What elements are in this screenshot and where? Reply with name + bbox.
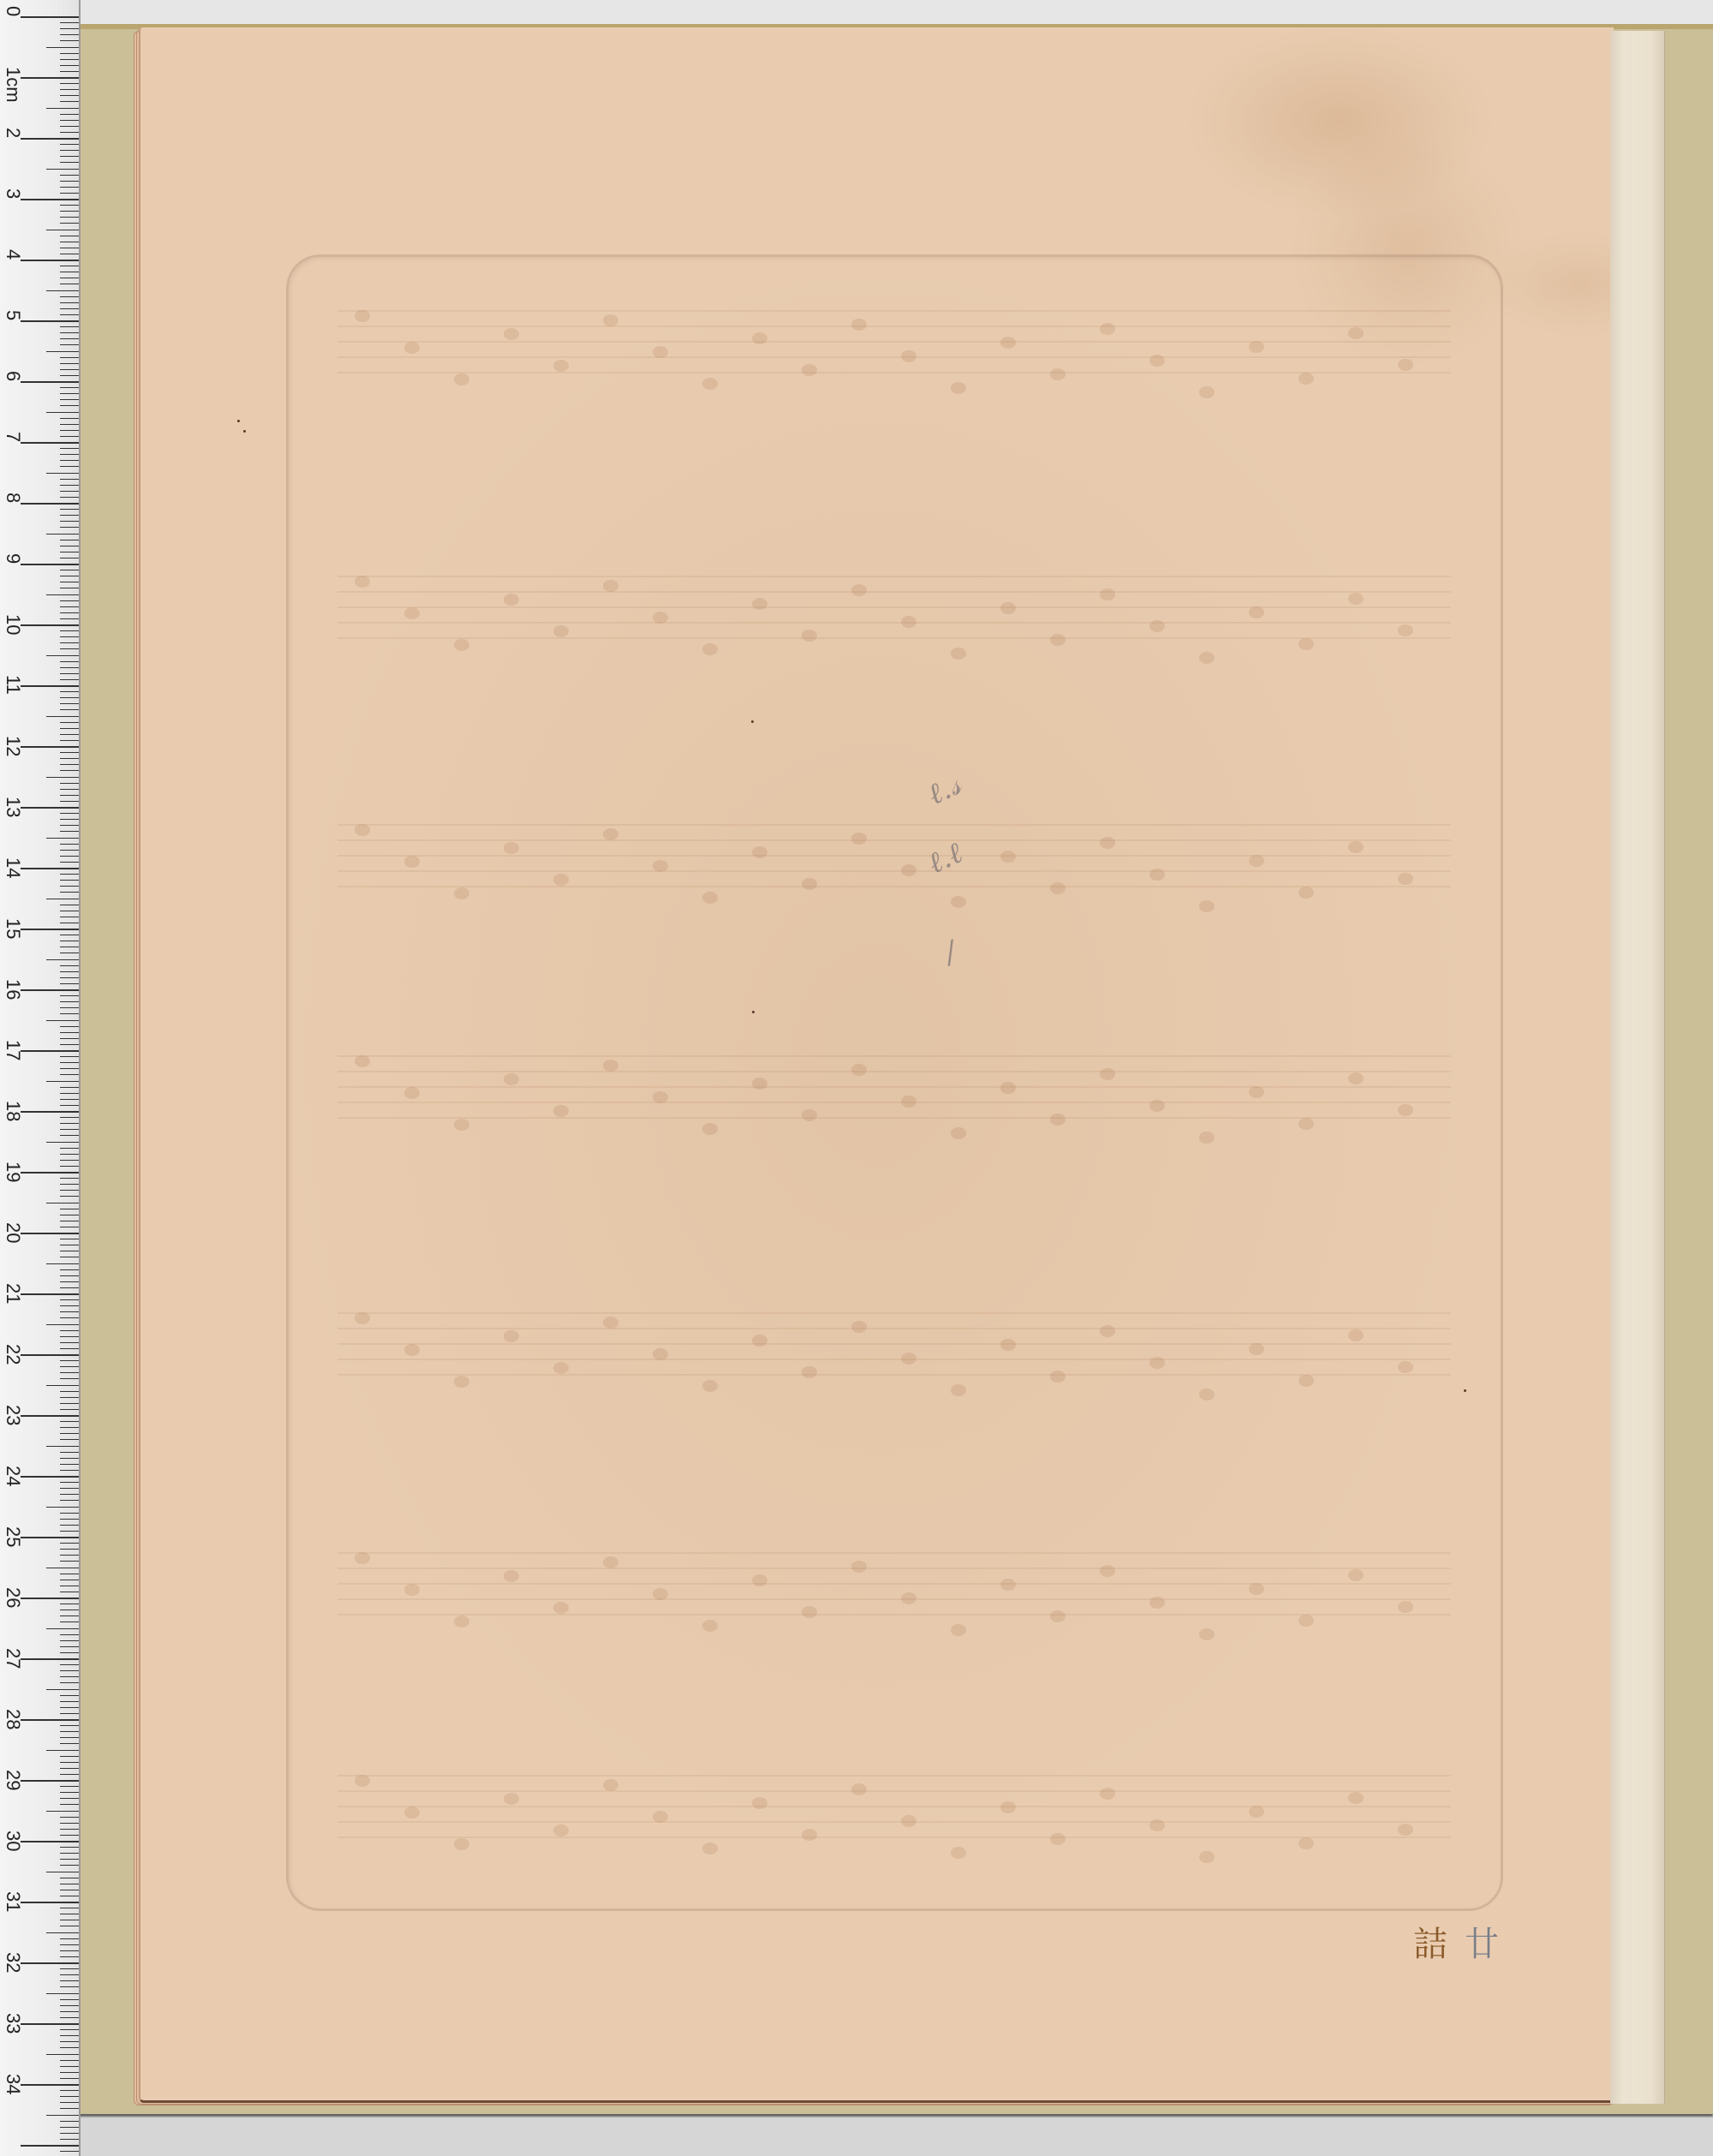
ruler-tick xyxy=(60,205,79,206)
ruler-tick xyxy=(60,971,79,972)
ruler-label: 20 xyxy=(2,1222,24,1245)
ruler-tick xyxy=(60,1853,79,1854)
ruler-tick xyxy=(60,1884,79,1884)
ruler-tick xyxy=(21,1293,79,1295)
ruler-tick xyxy=(60,1713,79,1714)
ruler-tick xyxy=(60,89,79,90)
ruler-tick xyxy=(60,1762,79,1763)
ruler-tick xyxy=(60,703,79,704)
ruler-tick xyxy=(60,418,79,419)
ruler-tick xyxy=(60,1135,79,1136)
ruler-tick xyxy=(60,850,79,851)
ruler-tick xyxy=(46,899,79,899)
ruler-tick xyxy=(60,825,79,826)
ruler-tick xyxy=(60,886,79,887)
ruler-tick xyxy=(60,1305,79,1306)
ruler-tick xyxy=(21,1962,79,1964)
ruler-tick xyxy=(60,1299,79,1300)
ruler-tick xyxy=(60,558,79,558)
ruler-tick xyxy=(60,1646,79,1647)
ruler-tick xyxy=(46,1628,79,1629)
ruler-tick xyxy=(60,266,79,266)
ruler-tick xyxy=(60,636,79,637)
ruler-tick xyxy=(60,1105,79,1106)
ruler-tick xyxy=(60,1160,79,1161)
ruler-tick xyxy=(21,1354,79,1356)
ruler-tick xyxy=(21,929,79,930)
ruler-tick xyxy=(60,187,79,188)
ruler-tick xyxy=(60,338,79,339)
ruler-tick xyxy=(60,1804,79,1805)
ruler-tick xyxy=(60,1099,79,1100)
ruler-label: 6 xyxy=(2,371,24,393)
ruler-label: 13 xyxy=(2,797,24,819)
ruler-tick xyxy=(60,1920,79,1920)
ruler-tick xyxy=(60,1640,79,1641)
staff-system xyxy=(337,1055,1451,1167)
ruler-tick xyxy=(60,880,79,881)
ruler-tick xyxy=(60,2066,79,2067)
ruler-tick xyxy=(60,1974,79,1975)
ruler-tick xyxy=(60,1519,79,1520)
ruler-tick xyxy=(60,1452,79,1453)
ruler-tick xyxy=(60,1433,79,1434)
ruler-tick xyxy=(60,126,79,127)
ruler-tick xyxy=(60,648,79,649)
ruler-tick xyxy=(46,716,79,717)
ruler-tick xyxy=(60,606,79,607)
ruler-tick xyxy=(46,1568,79,1568)
ruler-tick xyxy=(60,375,79,376)
ruler-tick xyxy=(60,1574,79,1574)
ruler-tick xyxy=(60,1847,79,1848)
ruler-tick xyxy=(60,1330,79,1331)
ruler-tick xyxy=(60,1032,79,1033)
ruler-label: 33 xyxy=(2,2013,24,2035)
ruler-tick xyxy=(60,801,79,802)
ruler-tick xyxy=(60,1482,79,1483)
ruler-tick xyxy=(60,1865,79,1866)
ruler-tick xyxy=(60,831,79,832)
ruler-tick xyxy=(60,83,79,84)
ruler-tick xyxy=(60,856,79,857)
ruler-tick xyxy=(21,1780,79,1782)
ruler-tick xyxy=(60,1944,79,1945)
ruler-tick xyxy=(60,1682,79,1683)
ruler-tick xyxy=(60,181,79,182)
ruler-tick xyxy=(60,40,79,41)
ruler-tick xyxy=(60,491,79,492)
ruler-tick xyxy=(60,600,79,601)
ruler-tick xyxy=(21,2084,79,2086)
ruler-tick xyxy=(60,1543,79,1544)
ruler-tick xyxy=(60,1774,79,1775)
ruler-tick xyxy=(46,534,79,535)
ruler-tick xyxy=(60,709,79,710)
ruler-tick xyxy=(46,1750,79,1751)
ruler-tick xyxy=(60,630,79,631)
ink-annotation: 詰 xyxy=(1413,1917,1447,1966)
ruler-tick xyxy=(60,254,79,254)
ruler-tick xyxy=(60,1890,79,1890)
ruler-tick xyxy=(60,588,79,588)
ruler-tick xyxy=(60,1616,79,1616)
ruler-tick xyxy=(60,1275,79,1276)
ruler-tick xyxy=(60,393,79,394)
ruler-tick xyxy=(60,1038,79,1039)
ruler-tick xyxy=(60,22,79,23)
ruler-tick xyxy=(60,1986,79,1987)
ruler-tick xyxy=(60,1117,79,1118)
ruler-tick xyxy=(60,2005,79,2006)
ruler-tick xyxy=(60,679,79,680)
ruler-tick xyxy=(60,1227,79,1227)
ruler-tick xyxy=(60,1257,79,1257)
ruler-tick xyxy=(60,2035,79,2036)
ruler-tick xyxy=(60,223,79,224)
ruler-tick xyxy=(60,34,79,35)
ruler-tick xyxy=(60,1166,79,1167)
ruler-tick xyxy=(60,923,79,923)
ruler-tick xyxy=(60,1500,79,1501)
ruler-tick xyxy=(21,1233,79,1234)
ruler-tick xyxy=(60,1178,79,1179)
ruler-tick xyxy=(21,746,79,748)
ruler-tick xyxy=(60,2060,79,2061)
ruler-label: 15 xyxy=(2,918,24,941)
ruler-label: 22 xyxy=(2,1344,24,1366)
ruler-label: 23 xyxy=(2,1405,24,1427)
ruler-tick xyxy=(60,1281,79,1282)
foxing-spot xyxy=(237,420,240,422)
ruler-tick xyxy=(60,2121,79,2122)
ruler-tick xyxy=(60,65,79,66)
ruler-label: 32 xyxy=(2,1952,24,1974)
ruler-tick xyxy=(60,193,79,194)
ruler-tick xyxy=(60,1999,79,2000)
ruler-tick xyxy=(60,1592,79,1592)
ruler-tick xyxy=(60,1458,79,1459)
ruler-tick xyxy=(60,1013,79,1014)
ruler-tick xyxy=(60,2041,79,2042)
ruler-tick xyxy=(21,1719,79,1721)
ruler-label: 17 xyxy=(2,1040,24,1062)
staff-system xyxy=(337,1552,1451,1663)
ruler-tick xyxy=(60,1786,79,1787)
ruler-tick xyxy=(60,344,79,345)
ruler-tick xyxy=(60,1470,79,1471)
ruler-tick xyxy=(60,965,79,966)
ruler-tick xyxy=(60,783,79,784)
ruler-tick xyxy=(60,1896,79,1896)
ruler-tick xyxy=(21,624,79,626)
ruler-label: 1cm xyxy=(2,67,24,89)
ruler-tick xyxy=(60,1348,79,1349)
ruler-tick xyxy=(60,405,79,406)
ruler-tick xyxy=(46,1020,79,1021)
ruler-tick xyxy=(46,594,79,595)
ruler-tick xyxy=(46,47,79,48)
ruler-tick xyxy=(60,326,79,327)
ruler-label: 31 xyxy=(2,1891,24,1914)
ruler-tick xyxy=(60,661,79,662)
foxing-spot xyxy=(243,430,246,433)
ruler-tick xyxy=(60,1001,79,1002)
ruler-tick xyxy=(46,1872,79,1872)
ruler-tick xyxy=(60,2078,79,2079)
ruler-tick xyxy=(21,1598,79,1599)
ruler-tick xyxy=(60,399,79,400)
ruler-tick xyxy=(60,1725,79,1726)
ruler-tick xyxy=(60,314,79,315)
ruler-tick xyxy=(60,1209,79,1209)
ruler-label: 11 xyxy=(2,675,24,697)
ruler-tick xyxy=(60,284,79,284)
ruler-tick xyxy=(60,1287,79,1288)
ruler-tick xyxy=(46,1507,79,1508)
ruler-tick xyxy=(60,460,79,461)
ruler-tick xyxy=(60,1731,79,1732)
ruler-tick xyxy=(60,278,79,278)
ruler-tick xyxy=(60,497,79,498)
ruler-tick xyxy=(60,935,79,935)
ruler-tick xyxy=(60,1604,79,1604)
ruler-tick xyxy=(60,789,79,790)
ruler-tick xyxy=(60,1421,79,1422)
ruler-tick xyxy=(60,272,79,272)
ruler-tick xyxy=(60,642,79,643)
ruler-tick xyxy=(60,1525,79,1526)
ruler-tick xyxy=(21,442,79,444)
ruler-tick xyxy=(21,260,79,261)
ruler-label: 2 xyxy=(2,128,24,150)
ruler-label: 25 xyxy=(2,1526,24,1549)
ruler-tick xyxy=(60,1878,79,1878)
ruler-tick xyxy=(60,527,79,528)
ruler-tick xyxy=(60,2029,79,2030)
ruler-tick xyxy=(60,2151,79,2152)
ruler-tick xyxy=(60,1062,79,1063)
ruler-tick xyxy=(60,1269,79,1270)
ruler-tick xyxy=(60,1317,79,1318)
staff-system xyxy=(337,576,1451,687)
ruler-tick xyxy=(21,1172,79,1174)
ruler-tick xyxy=(60,1652,79,1653)
ruler-tick xyxy=(21,1902,79,1903)
ruler-label: 34 xyxy=(2,2074,24,2096)
ruler-tick xyxy=(60,2127,79,2128)
ruler-tick xyxy=(21,2023,79,2025)
ruler-tick xyxy=(60,540,79,540)
ruler-tick xyxy=(46,1993,79,1994)
ruler-tick xyxy=(60,53,79,54)
ruler-tick xyxy=(60,2047,79,2048)
ruler-tick xyxy=(60,1756,79,1757)
ruler-tick xyxy=(60,1378,79,1379)
ruler-tick xyxy=(60,770,79,771)
ruler-tick xyxy=(60,357,79,358)
ruler-tick xyxy=(60,1427,79,1428)
ruler-tick xyxy=(60,1403,79,1404)
ruler-tick xyxy=(60,667,79,668)
ruler-tick xyxy=(60,892,79,893)
ruler-tick xyxy=(21,199,79,200)
ruler-tick xyxy=(46,655,79,656)
ruler-label: 30 xyxy=(2,1831,24,1853)
ruler-tick xyxy=(21,1415,79,1417)
ruler-tick xyxy=(21,1050,79,1052)
ruler-tick xyxy=(60,1968,79,1969)
ruler-label: 18 xyxy=(2,1101,24,1123)
ruler-tick xyxy=(60,302,79,303)
ruler-tick xyxy=(60,150,79,151)
ruler-tick xyxy=(46,1203,79,1203)
ruler-tick xyxy=(60,2017,79,2018)
ruler-tick xyxy=(60,2139,79,2140)
ruler-tick xyxy=(60,485,79,486)
ruler-tick xyxy=(60,977,79,978)
ruler-label: 21 xyxy=(2,1283,24,1305)
ruler-tick xyxy=(46,838,79,839)
ruler-tick xyxy=(21,1476,79,1478)
ruler-tick xyxy=(60,2102,79,2103)
ruler-tick xyxy=(60,2096,79,2097)
ruler-tick xyxy=(21,503,79,505)
staff-system xyxy=(337,1775,1451,1886)
ruler-tick xyxy=(60,1956,79,1957)
ruler-label: 24 xyxy=(2,1466,24,1488)
ruler-tick xyxy=(60,1980,79,1981)
ruler-tick xyxy=(60,1184,79,1185)
ruler-tick xyxy=(46,230,79,230)
ruler-label: 9 xyxy=(2,553,24,576)
ruler-tick xyxy=(60,911,79,911)
ruler-tick xyxy=(60,114,79,115)
ruler-tick xyxy=(21,1658,79,1660)
ruler-tick xyxy=(60,582,79,582)
ruler-tick xyxy=(60,1908,79,1908)
foxing-spot xyxy=(751,720,754,723)
ruler-tick xyxy=(46,2115,79,2116)
ruler-tick xyxy=(60,1397,79,1398)
ruler-tick xyxy=(60,1829,79,1830)
ruler-tick xyxy=(60,2090,79,2091)
ruler-tick xyxy=(60,764,79,765)
ruler-tick xyxy=(46,169,79,170)
ruler-tick xyxy=(60,1701,79,1702)
ruler-tick xyxy=(60,1391,79,1392)
ruler-label: 5 xyxy=(2,310,24,332)
ruler-tick xyxy=(60,953,79,953)
staff-system xyxy=(337,1312,1451,1424)
ruler-tick xyxy=(60,1695,79,1696)
ruler-tick xyxy=(60,752,79,753)
ruler-tick xyxy=(60,1311,79,1312)
foxing-spot xyxy=(752,1011,755,1013)
ruler-tick xyxy=(60,947,79,947)
ruler-tick xyxy=(21,807,79,809)
ruler-tick xyxy=(60,1190,79,1191)
ruler-tick xyxy=(60,1007,79,1008)
ruler-tick xyxy=(21,1537,79,1538)
ruler-tick xyxy=(60,1439,79,1440)
ruler-tick xyxy=(60,1087,79,1088)
ruler-tick xyxy=(60,296,79,297)
ruler-tick xyxy=(60,1074,79,1075)
ruler-tick xyxy=(60,2072,79,2073)
ruler-tick xyxy=(60,144,79,145)
ruler-tick xyxy=(21,564,79,565)
ruler-tick xyxy=(60,363,79,364)
ruler-tick xyxy=(60,1743,79,1744)
ruler-tick xyxy=(60,1950,79,1951)
ruler-tick xyxy=(60,552,79,552)
ruler-tick xyxy=(60,1817,79,1818)
ruler-tick xyxy=(60,1026,79,1027)
ruler-tick xyxy=(60,1196,79,1197)
ruler-tick xyxy=(60,1251,79,1251)
ruler-tick xyxy=(60,132,79,133)
ruler-tick xyxy=(60,1239,79,1239)
pencil-annotation: 廿 xyxy=(1465,1917,1499,1966)
ruler-tick xyxy=(46,1385,79,1386)
ruler-tick xyxy=(60,332,79,333)
document-page: ℓ.𝓈 ℓ.ℓ / xyxy=(139,27,1614,2103)
ruler-tick xyxy=(60,722,79,723)
ruler-tick xyxy=(60,1792,79,1793)
ruler-tick xyxy=(60,1409,79,1410)
ruler-label: 10 xyxy=(2,614,24,636)
ruler-tick xyxy=(60,1634,79,1635)
ruler-tick xyxy=(60,1068,79,1069)
ruler-tick xyxy=(60,1561,79,1562)
ruler-tick xyxy=(60,1215,79,1215)
ruler-tick xyxy=(60,612,79,613)
ruler-tick xyxy=(60,941,79,941)
ruler-tick xyxy=(60,1823,79,1824)
ruler-tick xyxy=(60,1676,79,1677)
ruler-label: 28 xyxy=(2,1709,24,1731)
ruler-tick xyxy=(60,448,79,449)
ruler-tick xyxy=(60,1129,79,1130)
ruler-tick xyxy=(60,479,79,480)
ruler-tick xyxy=(46,1142,79,1143)
ruler-tick xyxy=(60,2108,79,2109)
ruler-tick xyxy=(60,905,79,905)
ruler-tick xyxy=(60,1610,79,1610)
ruler-tick xyxy=(60,546,79,546)
ruler-label: 0 xyxy=(2,6,24,28)
ruler-tick xyxy=(21,1111,79,1113)
ruler-tick xyxy=(46,777,79,778)
ruler-tick xyxy=(21,381,79,383)
ruler-tick xyxy=(60,1488,79,1489)
ruler-tick xyxy=(60,1366,79,1367)
ruler-tick xyxy=(60,424,79,425)
ruler-tick xyxy=(60,1342,79,1343)
ruler-tick xyxy=(60,1221,79,1221)
ruler-tick xyxy=(60,1768,79,1769)
ruler-tick xyxy=(60,728,79,729)
ruler-label: 29 xyxy=(2,1770,24,1792)
ruler-tick xyxy=(60,1621,79,1622)
ruler-label: 7 xyxy=(2,432,24,454)
ruler-tick xyxy=(60,454,79,455)
ruler-tick xyxy=(60,28,79,29)
ruler-tick xyxy=(60,2133,79,2134)
ruler-tick xyxy=(60,1580,79,1580)
ruler-tick xyxy=(21,138,79,140)
